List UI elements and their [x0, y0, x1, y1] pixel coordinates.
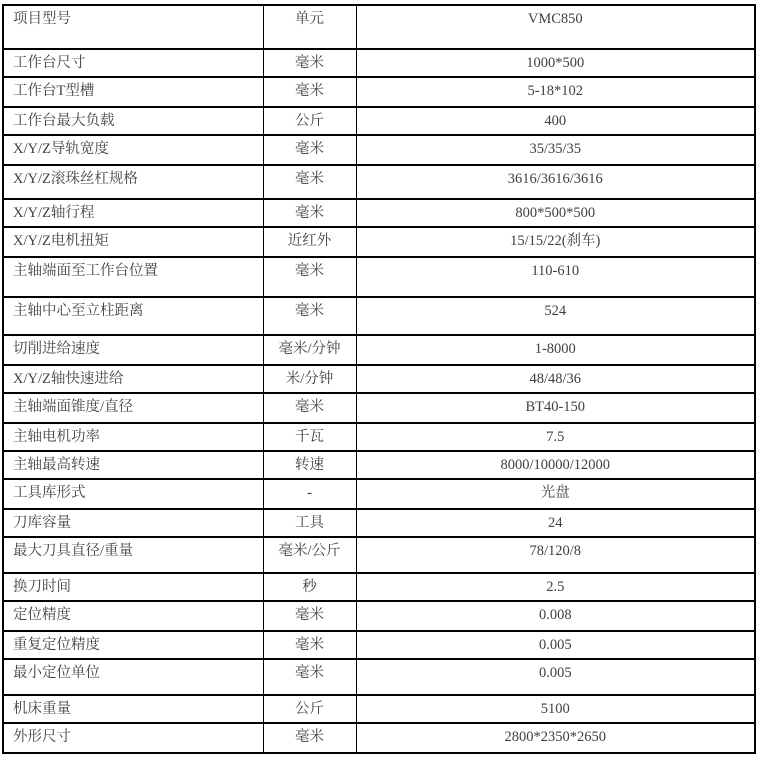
table-row: 机床重量公斤5100 — [3, 695, 755, 723]
spec-label-cell: 工具库形式 — [3, 479, 263, 509]
spec-label-cell: 刀库容量 — [3, 509, 263, 537]
value-cell: 35/35/35 — [356, 135, 755, 165]
table-row: 主轴端面至工作台位置毫米110-610 — [3, 257, 755, 297]
unit-cell: 毫米 — [263, 77, 356, 107]
spec-table: 项目型号单元VMC850工作台尺寸毫米1000*500工作台T型槽毫米5-18*… — [2, 4, 756, 754]
value-cell: 0.005 — [356, 659, 755, 695]
table-row: X/Y/Z电机扭矩近红外15/15/22(刹车) — [3, 227, 755, 257]
unit-cell: 米/分钟 — [263, 365, 356, 393]
spec-label-cell: 最小定位单位 — [3, 659, 263, 695]
table-row: 工作台尺寸毫米1000*500 — [3, 49, 755, 77]
value-cell: 15/15/22(刹车) — [356, 227, 755, 257]
unit-cell: 毫米 — [263, 199, 356, 227]
unit-cell: 毫米 — [263, 297, 356, 335]
value-cell: 0.008 — [356, 601, 755, 631]
spec-label-cell: 换刀时间 — [3, 573, 263, 601]
spec-label-cell: 工作台T型槽 — [3, 77, 263, 107]
unit-cell: 单元 — [263, 5, 356, 49]
value-cell: 2800*2350*2650 — [356, 723, 755, 753]
table-row: 外形尺寸毫米2800*2350*2650 — [3, 723, 755, 753]
table-row: 最小定位单位毫米0.005 — [3, 659, 755, 695]
table-row: X/Y/Z轴行程毫米800*500*500 — [3, 199, 755, 227]
table-row: 重复定位精度毫米0.005 — [3, 631, 755, 659]
spec-label-cell: 工作台最大负载 — [3, 107, 263, 135]
spec-label-cell: 外形尺寸 — [3, 723, 263, 753]
table-row: 主轴电机功率千瓦7.5 — [3, 423, 755, 451]
spec-label-cell: X/Y/Z导轨宽度 — [3, 135, 263, 165]
spec-label-cell: 机床重量 — [3, 695, 263, 723]
unit-cell: 毫米 — [263, 393, 356, 423]
table-row: X/Y/Z轴快速进给米/分钟48/48/36 — [3, 365, 755, 393]
value-cell: 400 — [356, 107, 755, 135]
unit-cell: 工具 — [263, 509, 356, 537]
spec-label-cell: 主轴中心至立柱距离 — [3, 297, 263, 335]
unit-cell: 近红外 — [263, 227, 356, 257]
unit-cell: 转速 — [263, 451, 356, 479]
value-cell: 光盘 — [356, 479, 755, 509]
unit-cell: 毫米 — [263, 135, 356, 165]
value-cell: 800*500*500 — [356, 199, 755, 227]
spec-label-cell: 最大刀具直径/重量 — [3, 537, 263, 573]
spec-label-cell: 主轴端面至工作台位置 — [3, 257, 263, 297]
spec-label-cell: 主轴最高转速 — [3, 451, 263, 479]
unit-cell: 毫米/公斤 — [263, 537, 356, 573]
spec-sheet-page: 项目型号单元VMC850工作台尺寸毫米1000*500工作台T型槽毫米5-18*… — [0, 0, 758, 775]
unit-cell: 毫米/分钟 — [263, 335, 356, 365]
value-cell: 24 — [356, 509, 755, 537]
unit-cell: 公斤 — [263, 107, 356, 135]
unit-cell: 千瓦 — [263, 423, 356, 451]
table-row: 主轴端面锥度/直径毫米BT40-150 — [3, 393, 755, 423]
spec-label-cell: 工作台尺寸 — [3, 49, 263, 77]
value-cell: VMC850 — [356, 5, 755, 49]
value-cell: 1-8000 — [356, 335, 755, 365]
spec-label-cell: 切削进给速度 — [3, 335, 263, 365]
unit-cell: 毫米 — [263, 49, 356, 77]
spec-label-cell: 定位精度 — [3, 601, 263, 631]
unit-cell: 毫米 — [263, 165, 356, 199]
spec-label-cell: 主轴端面锥度/直径 — [3, 393, 263, 423]
table-row: 主轴最高转速转速8000/10000/12000 — [3, 451, 755, 479]
spec-label-cell: X/Y/Z轴行程 — [3, 199, 263, 227]
table-row: 最大刀具直径/重量毫米/公斤78/120/8 — [3, 537, 755, 573]
value-cell: 2.5 — [356, 573, 755, 601]
value-cell: 78/120/8 — [356, 537, 755, 573]
unit-cell: 毫米 — [263, 601, 356, 631]
table-row: 换刀时间秒2.5 — [3, 573, 755, 601]
value-cell: 524 — [356, 297, 755, 335]
table-row: 工具库形式-光盘 — [3, 479, 755, 509]
unit-cell: 毫米 — [263, 631, 356, 659]
value-cell: BT40-150 — [356, 393, 755, 423]
table-row: 工作台T型槽毫米5-18*102 — [3, 77, 755, 107]
unit-cell: 毫米 — [263, 257, 356, 297]
value-cell: 1000*500 — [356, 49, 755, 77]
table-row: X/Y/Z滚珠丝杠规格毫米3616/3616/3616 — [3, 165, 755, 199]
value-cell: 5-18*102 — [356, 77, 755, 107]
spec-label-cell: X/Y/Z滚珠丝杠规格 — [3, 165, 263, 199]
table-row: 切削进给速度毫米/分钟1-8000 — [3, 335, 755, 365]
value-cell: 7.5 — [356, 423, 755, 451]
value-cell: 110-610 — [356, 257, 755, 297]
unit-cell: 公斤 — [263, 695, 356, 723]
table-row: X/Y/Z导轨宽度毫米35/35/35 — [3, 135, 755, 165]
unit-cell: - — [263, 479, 356, 509]
table-row: 刀库容量工具24 — [3, 509, 755, 537]
unit-cell: 毫米 — [263, 659, 356, 695]
spec-label-cell: 项目型号 — [3, 5, 263, 49]
spec-label-cell: X/Y/Z电机扭矩 — [3, 227, 263, 257]
table-row: 主轴中心至立柱距离毫米524 — [3, 297, 755, 335]
value-cell: 48/48/36 — [356, 365, 755, 393]
table-row: 项目型号单元VMC850 — [3, 5, 755, 49]
unit-cell: 秒 — [263, 573, 356, 601]
value-cell: 3616/3616/3616 — [356, 165, 755, 199]
value-cell: 0.005 — [356, 631, 755, 659]
table-row: 定位精度毫米0.008 — [3, 601, 755, 631]
unit-cell: 毫米 — [263, 723, 356, 753]
table-row: 工作台最大负载公斤400 — [3, 107, 755, 135]
spec-label-cell: 主轴电机功率 — [3, 423, 263, 451]
value-cell: 8000/10000/12000 — [356, 451, 755, 479]
spec-label-cell: 重复定位精度 — [3, 631, 263, 659]
spec-table-body: 项目型号单元VMC850工作台尺寸毫米1000*500工作台T型槽毫米5-18*… — [3, 5, 755, 753]
value-cell: 5100 — [356, 695, 755, 723]
spec-label-cell: X/Y/Z轴快速进给 — [3, 365, 263, 393]
